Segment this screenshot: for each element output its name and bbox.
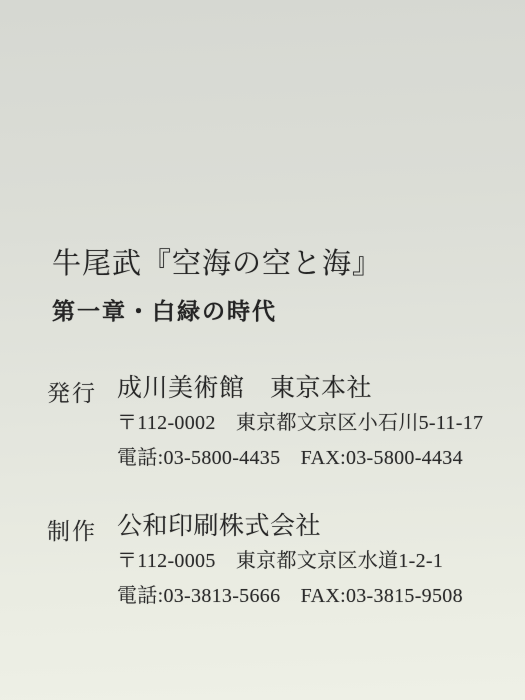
- publisher-details: 成川美術館 東京本社 〒112-0002 東京都文京区小石川5-11-17 電話…: [117, 375, 483, 471]
- publisher-name: 成川美術館 東京本社: [117, 375, 483, 403]
- publisher-postal-address: 〒112-0002 東京都文京区小石川5-11-17: [117, 410, 483, 436]
- book-colophon-page: 牛尾武『空海の空と海』 第一章・白緑の時代 発行 成川美術館 東京本社 〒112…: [0, 0, 525, 700]
- publisher-role-label: 発行: [47, 375, 117, 408]
- producer-block: 制作 公和印刷株式会社 〒112-0005 東京都文京区水道1-2-1 電話:0…: [47, 513, 463, 609]
- chapter-title: 第一章・白緑の時代: [52, 293, 277, 326]
- publisher-phone-fax: 電話:03-5800-4435 FAX:03-5800-4434: [117, 445, 483, 471]
- producer-details: 公和印刷株式会社 〒112-0005 東京都文京区水道1-2-1 電話:03-3…: [117, 513, 463, 609]
- producer-phone-fax: 電話:03-3813-5666 FAX:03-3815-9508: [117, 583, 463, 609]
- publisher-block: 発行 成川美術館 東京本社 〒112-0002 東京都文京区小石川5-11-17…: [47, 375, 483, 471]
- producer-role-label: 制作: [47, 513, 117, 546]
- book-title: 牛尾武『空海の空と海』: [52, 249, 382, 281]
- producer-postal-address: 〒112-0005 東京都文京区水道1-2-1: [117, 548, 463, 574]
- producer-name: 公和印刷株式会社: [117, 513, 463, 541]
